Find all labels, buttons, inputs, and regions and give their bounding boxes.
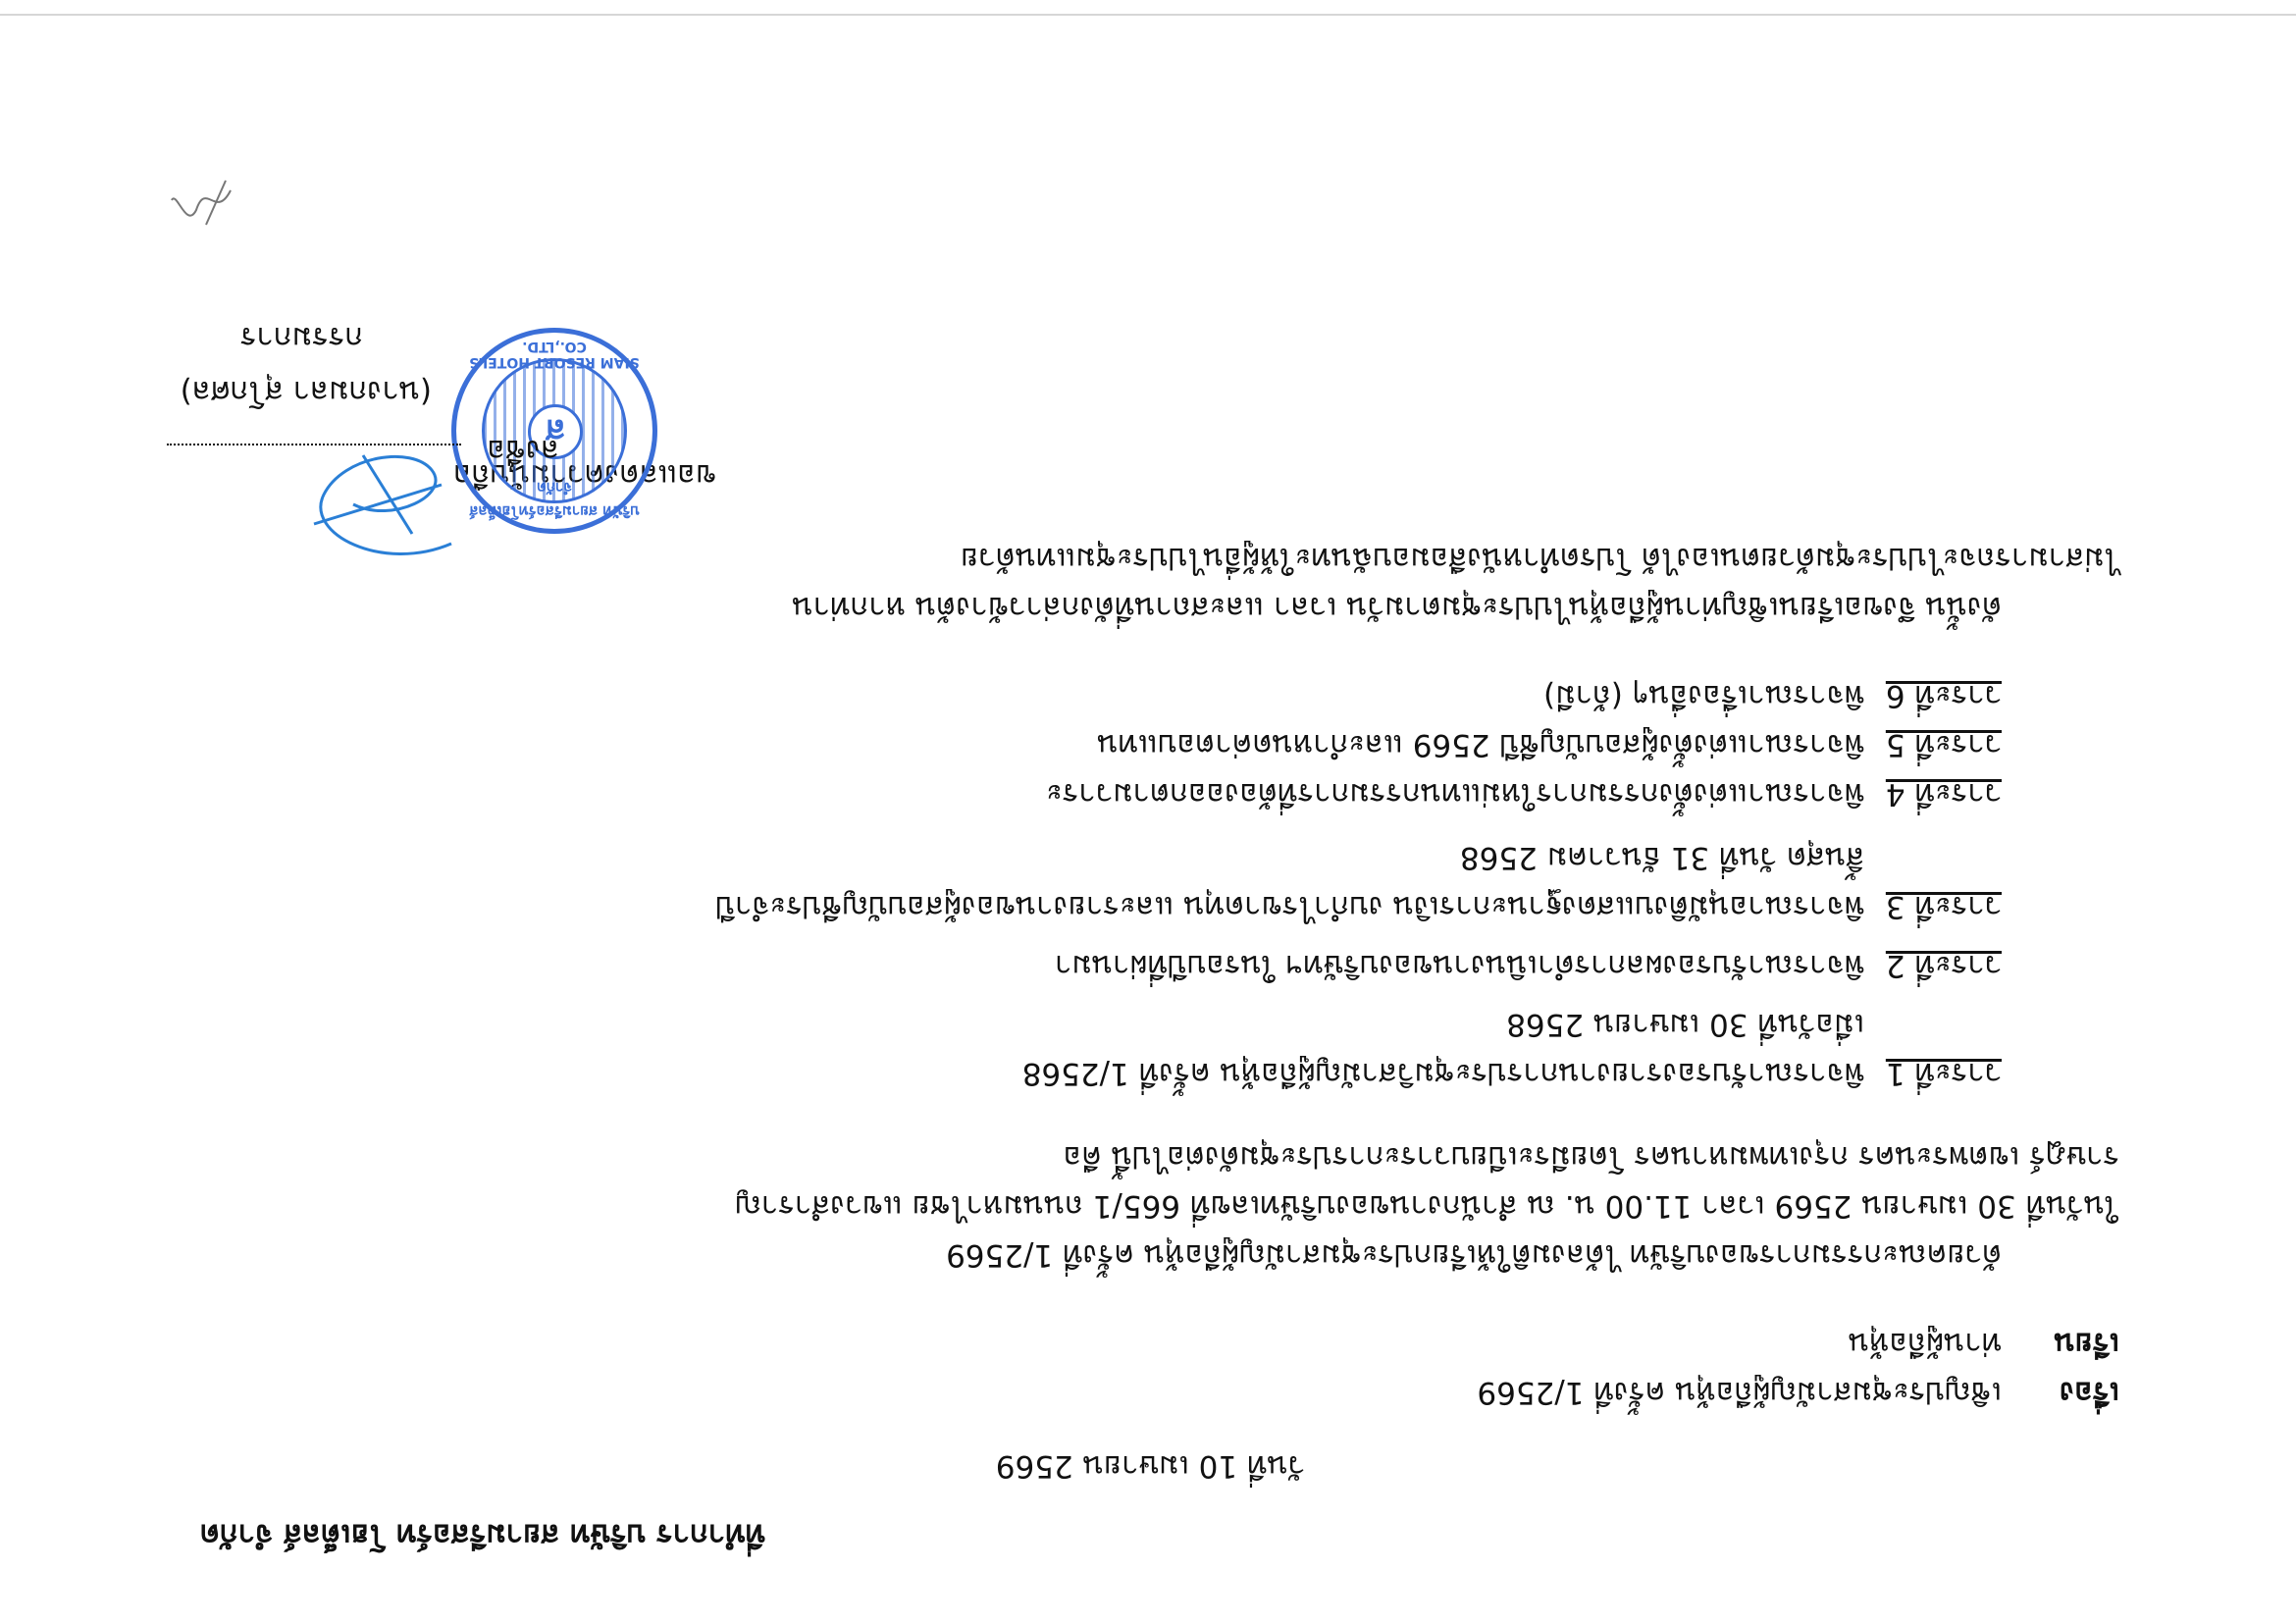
agenda-2-line-1: พิจารณารับรองผลการดำเนินงานของบริษัทฯ ใน… xyxy=(1055,946,1864,985)
agenda-6-label: วาระที่ 6 xyxy=(1886,676,2002,715)
intro-line-3: ราษฎร์ เขตพระนคร กรุงเทพมหานคร โดยมีระเบ… xyxy=(1063,1137,2119,1177)
agenda-1-label: วาระที่ 1 xyxy=(1886,1054,2002,1093)
agenda-5-line-1: พิจารณาแต่งตั้งผู้สอบบัญชีปี 2569 และกำห… xyxy=(1097,725,1864,764)
agenda-4-line-1: พิจารณาแต่งตั้งกรรมการใหม่แทนกรรมการที่ต… xyxy=(1046,774,1864,813)
signer-name: (นางกมลา สุโกศล) xyxy=(181,372,432,411)
letter-date: วันที่ 10 เมษายน 2569 xyxy=(996,1446,1305,1486)
agenda-6-line-1: พิจารณาเรื่องอื่นๆ (ถ้ามี) xyxy=(1543,676,1864,715)
agenda-3-line-2: สิ้นสุด วันที่ 31 ธันวาคม 2568 xyxy=(1460,838,1864,877)
agenda-3-label: วาระที่ 3 xyxy=(1886,887,2002,926)
letter-page: ที่ทำการ บริษัท สยามรีสอร์ท โฮเต็ลส์ จำก… xyxy=(0,0,2296,1623)
to-label: เรียน xyxy=(2054,1324,2119,1363)
agenda-4-label: วาระที่ 4 xyxy=(1886,774,2002,813)
agenda-2-label: วาระที่ 2 xyxy=(1886,946,2002,985)
signature-line xyxy=(167,444,461,445)
sign-label: ลงชื่อ xyxy=(487,431,559,470)
subject-label: เรื่อง xyxy=(2060,1373,2119,1412)
to-text: ท่านผู้ถือหุ้น xyxy=(1849,1324,2002,1363)
signer-title: กรรมการ xyxy=(240,318,363,357)
closing-line-2: ไม่สามารถจะไปประชุมด้วยตนเองได้ โปรดทำหน… xyxy=(961,539,2119,578)
seal-english-text: SIAM RESORT HOTELS CO.,LTD. xyxy=(456,339,652,370)
sender-line: ที่ทำการ บริษัท สยามรีสอร์ท โฮเต็ลส์ จำก… xyxy=(200,1515,765,1554)
agenda-1-line-2: เมื่อวันที่ 30 เมษายน 2568 xyxy=(1506,1005,1864,1044)
intro-line-1: ด้วยคณะกรรมการของบริษัท ได้ลงมติให้เรียก… xyxy=(946,1235,2002,1275)
agenda-5-label: วาระที่ 5 xyxy=(1886,725,2002,764)
subject-text: เชิญประชุมสามัญผู้ถือหุ้น ครั้งที่ 1/256… xyxy=(1477,1373,2002,1412)
agenda-1-line-1: พิจารณารับรองรายงานการประชุมวิสามัญผู้ถื… xyxy=(1022,1054,1864,1093)
closing-line-1: ดังนั้น จึงขอเรียนเชิญท่านผู้ถือหุ้นไปปร… xyxy=(792,588,2002,627)
initials-mark xyxy=(167,171,235,230)
agenda-3-line-1: พิจารณาอนุมัติงบแสดงฐานะการเงิน งบกำไรขา… xyxy=(715,887,1864,926)
intro-line-2: ในวันที่ 30 เมษายน 2569 เวลา 11.00 น. ณ … xyxy=(735,1186,2119,1226)
signature-scribble xyxy=(285,445,471,563)
